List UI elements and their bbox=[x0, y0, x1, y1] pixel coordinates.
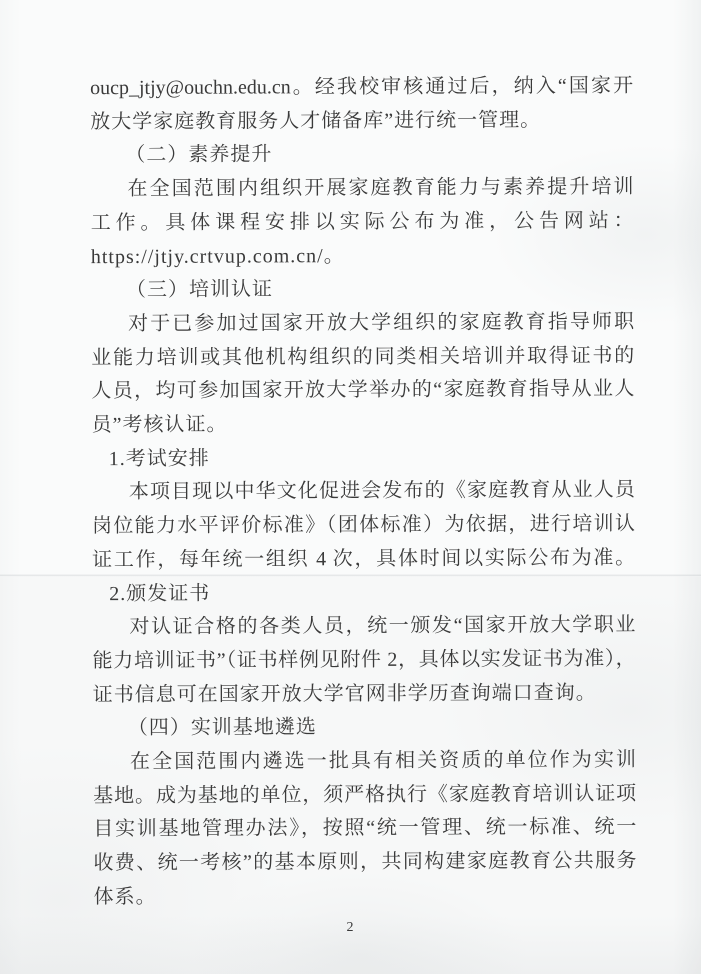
text-line: oucp_jtjy@ouchn.edu.cn。经我校审核通过后，纳入“国家开 bbox=[90, 70, 633, 106]
text-line: 放大学家庭教育服务人才储备库”进行统一管理。 bbox=[90, 104, 633, 140]
text-line: 基地。成为基地的单位，须严格执行《家庭教育培训认证项 bbox=[93, 778, 636, 814]
document-page: oucp_jtjy@ouchn.edu.cn。经我校审核通过后，纳入“国家开放大… bbox=[0, 0, 701, 974]
text-line: 目实训基地管理办法》，按照“统一管理、统一标准、统一 bbox=[93, 811, 636, 847]
text-line: 能力培训证书”（证书样例见附件 2，具体以实发证书为准）， bbox=[93, 643, 636, 679]
text-line: 在全国范围内组织开展家庭教育能力与素养提升培训 bbox=[90, 171, 633, 207]
text-line: 工作。具体课程安排以实际公布为准，公告网站： bbox=[91, 205, 634, 241]
text-line: （四）实训基地遴选 bbox=[93, 710, 636, 746]
text-line: 证书信息可在国家开放大学官网非学历查询端口查询。 bbox=[93, 676, 636, 712]
text-line: 本项目现以中华文化促进会发布的《家庭教育从业人员 bbox=[92, 474, 635, 510]
text-line: 业能力培训或其他机构组织的同类相关培训并取得证书的 bbox=[91, 339, 634, 375]
text-line: 证工作，每年统一组织 4 次，具体时间以实际公布为准。 bbox=[92, 542, 635, 578]
text-line: 1.考试安排 bbox=[92, 441, 635, 477]
text-line: 2.颁发证书 bbox=[92, 575, 635, 611]
text-line: 收费、统一考核”的基本原则，共同构建家庭教育公共服务 bbox=[93, 845, 636, 881]
text-line: （三）培训认证 bbox=[91, 272, 634, 308]
text-line: （二）素养提升 bbox=[90, 137, 633, 173]
page-number: 2 bbox=[340, 919, 360, 937]
text-line: 员”考核认证。 bbox=[91, 407, 634, 443]
document-text-block: oucp_jtjy@ouchn.edu.cn。经我校审核通过后，纳入“国家开放大… bbox=[90, 70, 637, 915]
text-line: 在全国范围内遴选一批具有相关资质的单位作为实训 bbox=[93, 744, 636, 780]
text-line: 体系。 bbox=[94, 879, 637, 915]
text-line: 对认证合格的各类人员，统一颁发“国家开放大学职业 bbox=[92, 609, 635, 645]
text-line: https://jtjy.crtvup.com.cn/。 bbox=[91, 238, 634, 274]
text-line: 对于已参加过国家开放大学组织的家庭教育指导师职 bbox=[91, 306, 634, 342]
text-line: 人员，均可参加国家开放大学举办的“家庭教育指导从业人 bbox=[91, 373, 634, 409]
text-line: 岗位能力水平评价标准》（团体标准）为依据，进行培训认 bbox=[92, 508, 635, 544]
